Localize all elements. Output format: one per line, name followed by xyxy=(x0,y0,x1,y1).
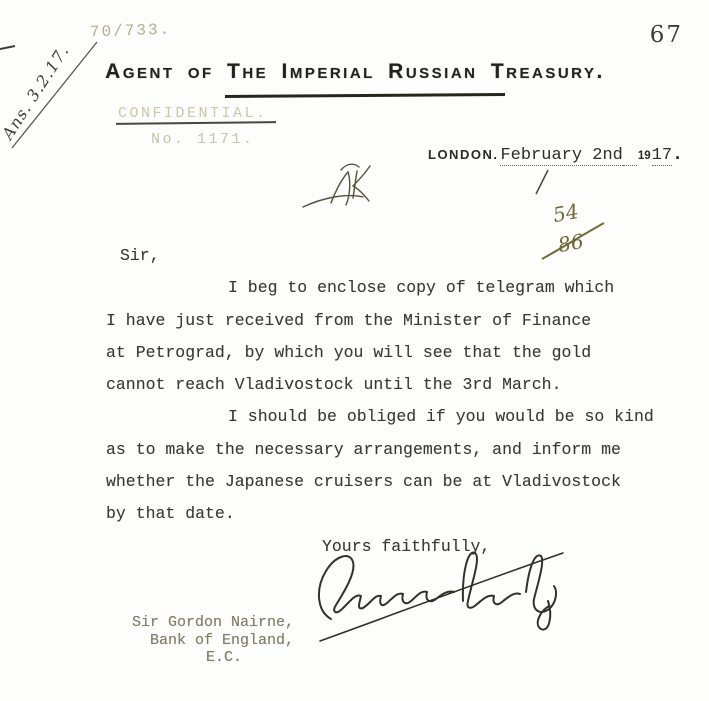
body-line: at Petrograd, by which you will see that… xyxy=(106,337,666,369)
file-reference: 70/733. xyxy=(90,21,172,42)
page-number: 67 xyxy=(650,22,683,48)
margin-fraction-numerator: 54 xyxy=(551,199,580,227)
body-line: whether the Japanese cruisers can be at … xyxy=(106,466,666,498)
salutation: Sir, xyxy=(106,240,666,272)
signature-flourish xyxy=(319,553,563,641)
left-margin-dash xyxy=(0,46,15,49)
pencil-initials-mark xyxy=(303,164,370,207)
complimentary-close: Yours faithfully, xyxy=(106,531,666,563)
recipient-address: Sir Gordon Nairne, Bank of England, E.C. xyxy=(132,614,294,667)
date-line: LONDON. February 2nd 19 17 . xyxy=(428,145,683,166)
letter-number: No. 1171. xyxy=(151,131,255,148)
body-line: I have just received from the Minister o… xyxy=(106,305,666,337)
date-end-dot: . xyxy=(672,145,683,165)
recipient-name: Sir Gordon Nairne, xyxy=(132,614,294,632)
recipient-institution: Bank of England, xyxy=(132,632,294,650)
letterhead-underline xyxy=(225,93,505,97)
confidential-label: CONFIDENTIAL. xyxy=(118,105,268,122)
body-line: cannot reach Vladivostock until the 3rd … xyxy=(106,369,666,401)
confidential-underline xyxy=(116,121,276,125)
date-fill-line xyxy=(623,145,637,166)
scanned-letter-page: { "page": { "page_number": "67", "refere… xyxy=(0,0,709,701)
body-line: as to make the necessary arrangements, a… xyxy=(106,434,666,466)
date-year: 17 xyxy=(652,146,672,166)
letterhead-title: Agent of The Imperial Russian Treasury. xyxy=(100,60,610,84)
body-line: I beg to enclose copy of telegram which xyxy=(106,272,666,304)
letter-body: Sir, I beg to enclose copy of telegram w… xyxy=(106,240,666,563)
handwritten-answered-note: Ans. 3.2.17. xyxy=(0,42,73,143)
body-line: I should be obliged if you would be so k… xyxy=(106,401,666,433)
date-handtyped: February 2nd xyxy=(500,146,622,166)
recipient-district: E.C. xyxy=(132,649,294,667)
date-check-slash xyxy=(536,170,548,194)
date-year-prefix: 19 xyxy=(638,150,651,162)
body-line: by that date. xyxy=(106,498,666,530)
date-city-label: LONDON. xyxy=(428,147,498,162)
